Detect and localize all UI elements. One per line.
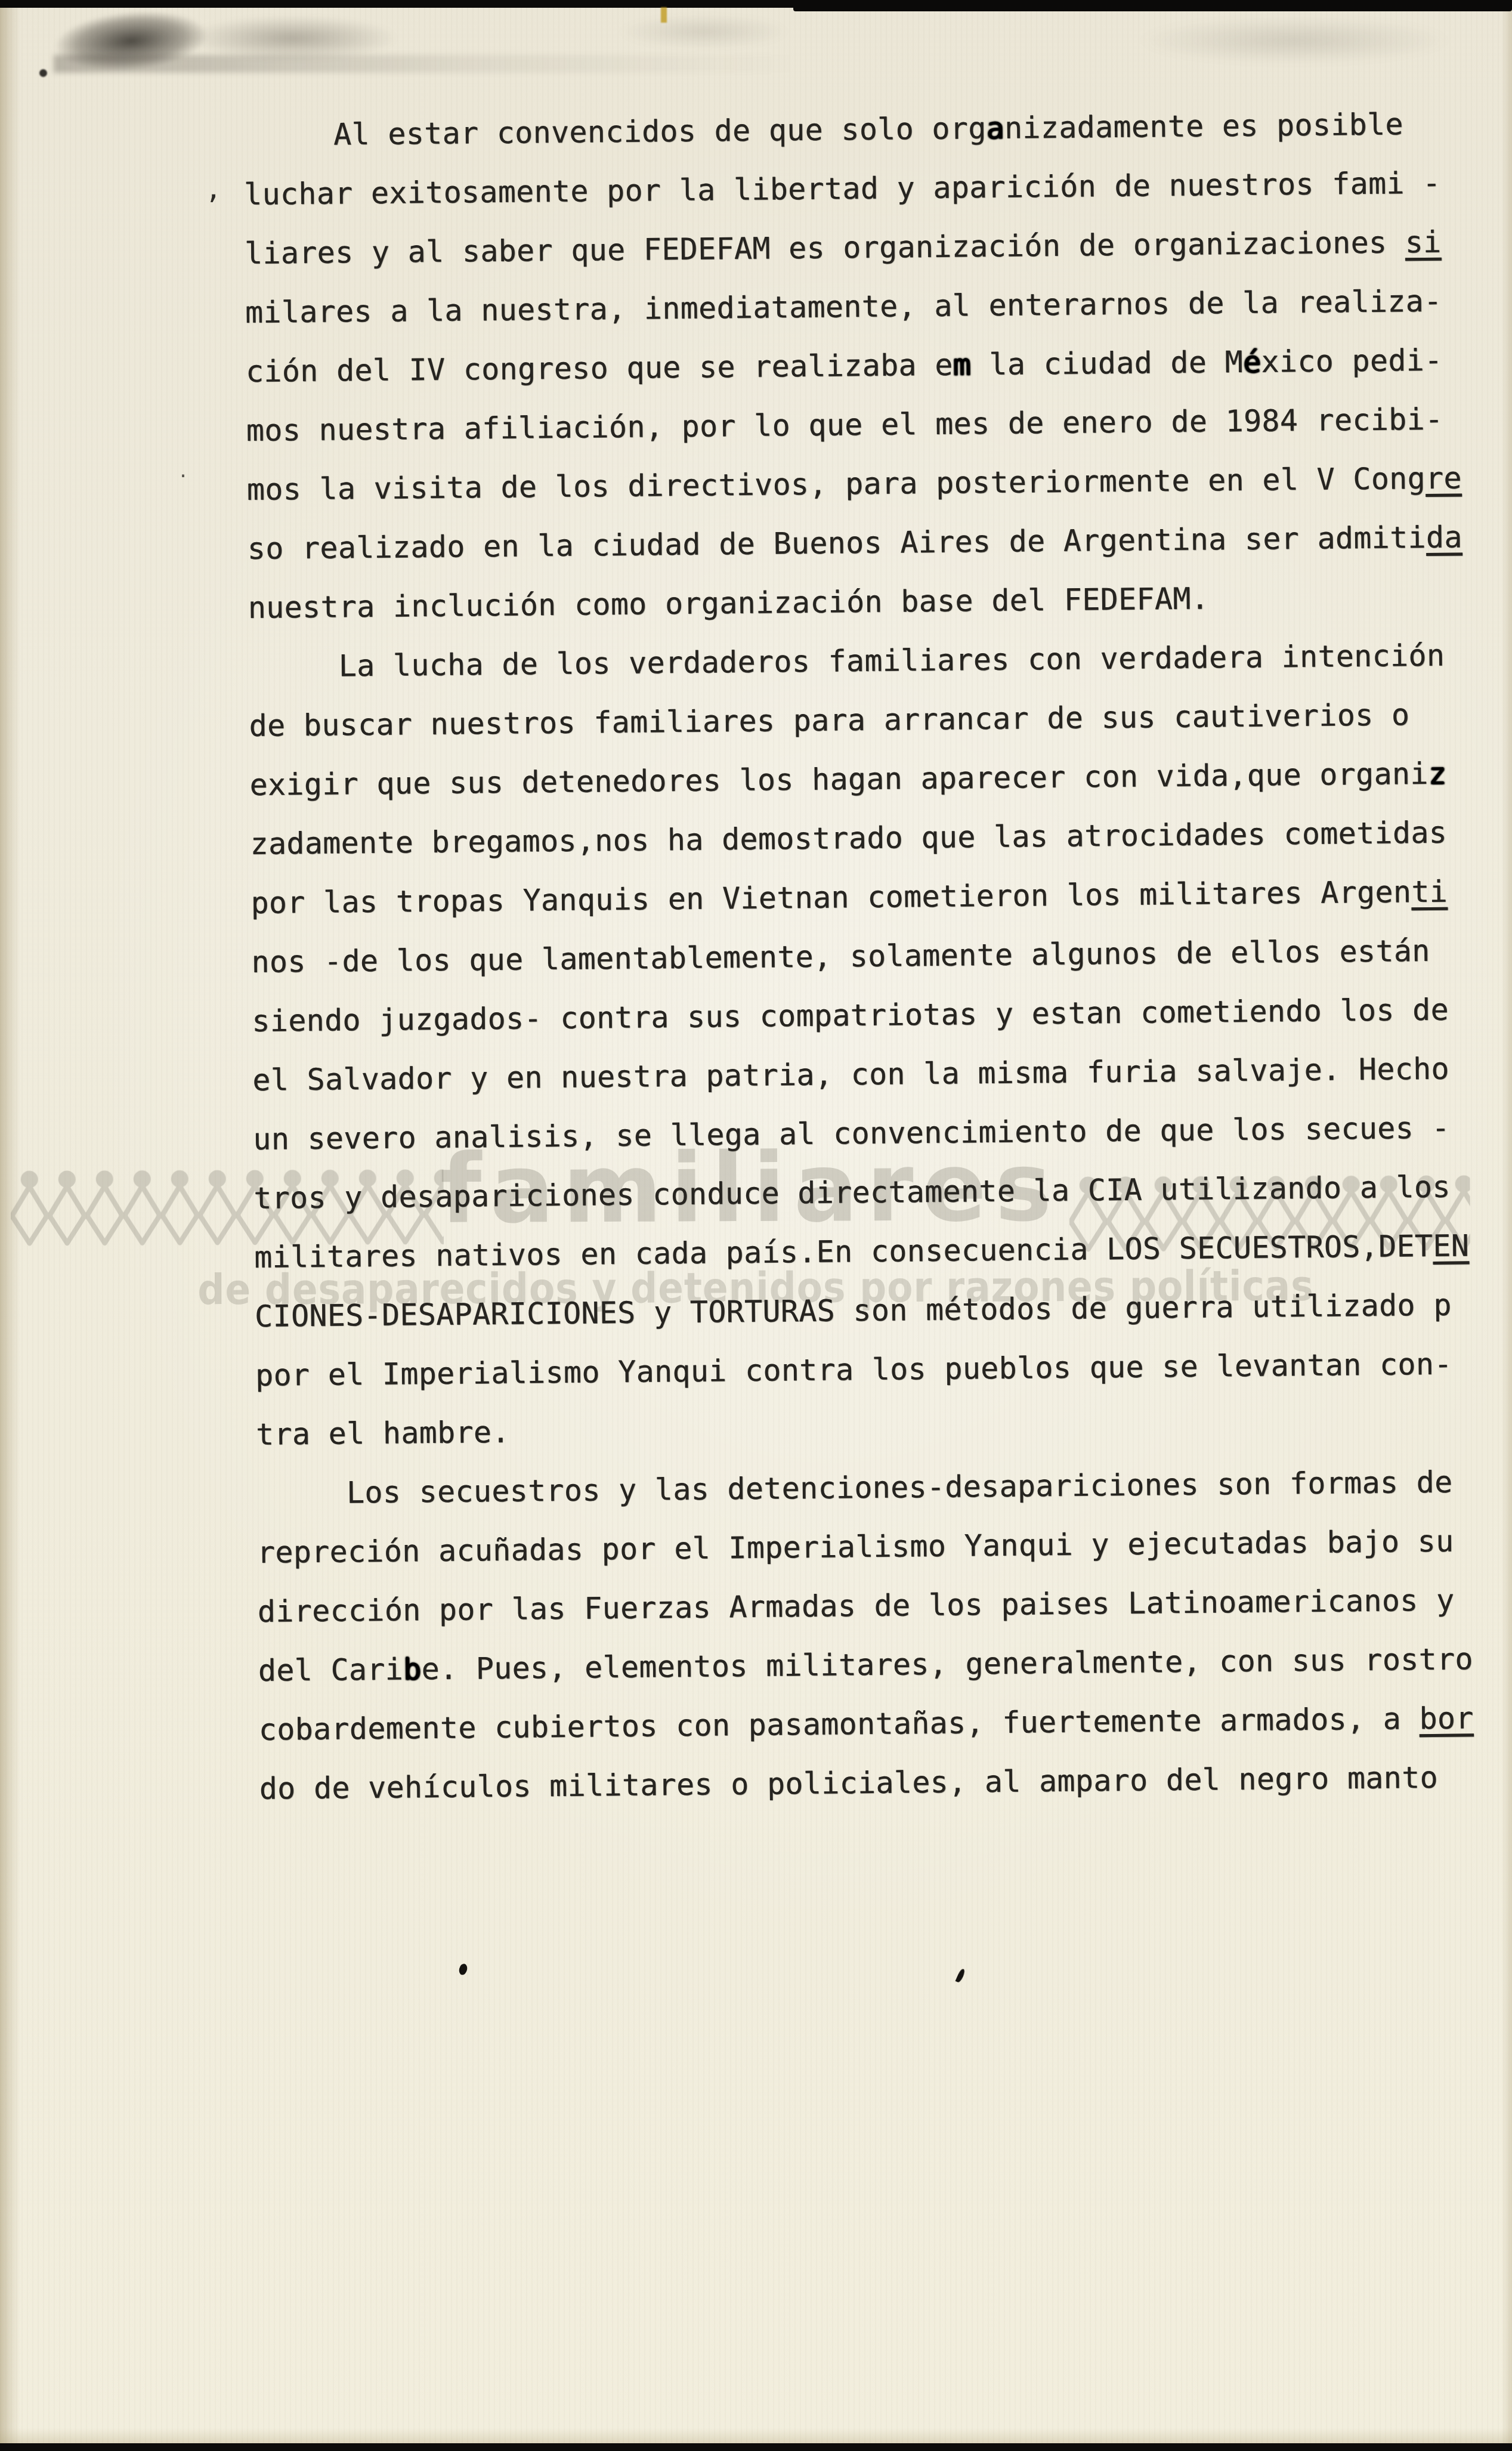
ink-smudge-stain xyxy=(30,0,233,86)
typed-segment: mos la visita de los directivos, para po… xyxy=(247,461,1426,507)
ink-smudge-stain xyxy=(152,8,432,68)
typed-line: milares a la nuestra, inmediatamente, al… xyxy=(245,271,1474,342)
typed-line: zadamente bregamos,nos ha demostrado que… xyxy=(250,803,1479,874)
typed-segment: tra el hambre. xyxy=(256,1415,510,1452)
typed-line: exigir que sus detenedores los hagan apa… xyxy=(249,744,1479,815)
typed-line: so realizado en la ciudad de Buenos Aire… xyxy=(247,508,1476,579)
typed-segment: so realizado en la ciudad de Buenos Aire… xyxy=(248,520,1427,566)
typed-segment: luchar exitosamente por la libertad y ap… xyxy=(244,166,1441,212)
typed-line: tra el hambre. xyxy=(256,1393,1485,1464)
typed-line: cobardemente cubiertos con pasamontañas,… xyxy=(258,1689,1488,1760)
typed-segment: Al estar convencidos de que solo org xyxy=(333,111,987,152)
margin-comma-artifact: , xyxy=(205,175,222,203)
typed-line: do de vehículos militares o policiales, … xyxy=(259,1748,1488,1819)
typed-segment: re xyxy=(1426,460,1462,496)
typed-segment: EN xyxy=(1433,1228,1469,1263)
typed-segment: mos nuestra afiliación, por lo que el me… xyxy=(246,402,1443,448)
typed-segment: zadamente bregamos,nos ha demostrado que… xyxy=(250,815,1447,861)
typed-line: mos nuestra afiliación, por lo que el me… xyxy=(246,390,1475,460)
typed-segment: tros y desapariciones conduce directamen… xyxy=(253,1170,1451,1216)
typed-segment: a xyxy=(986,111,1004,146)
typed-segment: La lucha de los verdaderos familiares co… xyxy=(338,638,1445,684)
typed-segment: nos -de los que lamentablemente, solamen… xyxy=(251,934,1430,979)
margin-dot-artifact: . xyxy=(178,463,188,481)
scan-left-edge-shadow xyxy=(0,0,20,2451)
typed-segment: é xyxy=(1243,345,1261,379)
typed-line: militares nativos en cada país.En consec… xyxy=(254,1216,1483,1287)
typed-line: Al estar convencidos de que solo organiz… xyxy=(243,94,1473,165)
typed-segment: cobardemente cubiertos con pasamontañas,… xyxy=(259,1701,1420,1747)
typed-line: nos -de los que lamentablemente, solamen… xyxy=(251,921,1480,992)
typed-segment: si xyxy=(1405,225,1441,260)
typed-segment: Los secuestros y las detenciones-desapar… xyxy=(347,1465,1453,1510)
scan-top-edge-thick xyxy=(793,0,1512,11)
faint-smudge-stain xyxy=(596,11,811,52)
ink-streak-stain xyxy=(54,55,799,73)
scanned-document-page: familiares de desaparecidos y detenidos … xyxy=(0,0,1512,2451)
typed-segment: dirección por las Fuerzas Armadas de los… xyxy=(258,1583,1455,1629)
typed-line: dirección por las Fuerzas Armadas de los… xyxy=(257,1571,1486,1642)
typed-line: por el Imperialismo Yanqui contra los pu… xyxy=(255,1334,1485,1405)
ink-dot-stain xyxy=(39,69,47,77)
typed-line: La lucha de los verdaderos familiares co… xyxy=(248,626,1477,697)
typed-segment: nuestra inclución como organización base… xyxy=(248,581,1210,625)
typed-segment: ti xyxy=(1411,874,1448,910)
typed-line: ción del IV congreso que se realizaba em… xyxy=(246,330,1475,401)
ink-dot-artifact xyxy=(458,1963,468,1976)
typed-segment: milares a la nuestra, inmediatamente, al… xyxy=(245,284,1442,330)
typed-line: repreción acuñadas por el Imperialismo Y… xyxy=(257,1512,1486,1583)
typed-line: un severo analisis, se llega al convenci… xyxy=(253,1098,1482,1169)
typed-segment: e. Pues, elementos militares, generalmen… xyxy=(421,1642,1473,1686)
typed-segment: z xyxy=(1428,756,1446,791)
typed-segment: del Cari xyxy=(258,1652,404,1688)
typed-segment: liares y al saber que FEDEFAM es organiz… xyxy=(245,225,1405,271)
typed-segment: la ciudad de M xyxy=(971,345,1244,382)
typed-line: CIONES-DESAPARICIONES y TORTURAS son mét… xyxy=(255,1275,1484,1346)
scan-right-edge-shadow xyxy=(1501,0,1512,2451)
typed-line: el Salvador y en nuestra patria, con la … xyxy=(252,1039,1482,1110)
typed-line: luchar exitosamente por la libertad y ap… xyxy=(244,153,1473,224)
typed-line: nuestra inclución como organización base… xyxy=(248,567,1477,638)
typed-segment: CIONES-DESAPARICIONES y TORTURAS son mét… xyxy=(255,1288,1452,1334)
typed-line: siendo juzgados- contra sus compatriotas… xyxy=(252,980,1481,1051)
typed-segment: xico pedi- xyxy=(1261,343,1443,379)
typed-segment: siendo juzgados- contra sus compatriotas… xyxy=(252,993,1449,1038)
typed-line: Los secuestros y las detenciones-desapar… xyxy=(256,1452,1486,1523)
typed-segment: m xyxy=(953,347,971,382)
typed-segment: repreción acuñadas por el Imperialismo Y… xyxy=(257,1524,1454,1570)
yellow-mark-stain xyxy=(661,7,667,23)
faint-smudge-stain xyxy=(1103,12,1485,69)
typed-text: Al estar convencidos de que solo organiz… xyxy=(243,94,1488,1819)
bottom-edge-shadow xyxy=(0,2428,1512,2443)
typed-segment: da xyxy=(1426,520,1462,555)
typed-segment: militares nativos en cada país.En consec… xyxy=(254,1229,1433,1275)
ink-tick-artifact xyxy=(956,1968,966,1983)
typed-segment: nizadamente es posible xyxy=(1004,107,1403,145)
typed-segment: un severo analisis, se llega al convenci… xyxy=(253,1111,1450,1157)
typed-line: tros y desapariciones conduce directamen… xyxy=(253,1157,1483,1228)
typed-segment: por el Imperialismo Yanqui contra los pu… xyxy=(255,1347,1452,1393)
typed-segment: por las tropas Yanquis en Vietnan cometi… xyxy=(251,874,1411,920)
typed-segment: b xyxy=(403,1652,422,1686)
typed-line: mos la visita de los directivos, para po… xyxy=(246,449,1476,520)
typed-line: por las tropas Yanquis en Vietnan cometi… xyxy=(251,862,1480,933)
typed-segment: bor xyxy=(1419,1701,1474,1736)
typed-segment: do de vehículos militares o policiales, … xyxy=(259,1760,1439,1806)
typed-segment: exigir que sus detenedores los hagan apa… xyxy=(249,756,1428,802)
typed-segment: el Salvador y en nuestra patria, con la … xyxy=(252,1052,1449,1098)
typed-segment: ción del IV congreso que se realizaba e xyxy=(246,348,953,389)
typed-segment: de buscar nuestros familiares para arran… xyxy=(249,697,1409,743)
typed-line: de buscar nuestros familiares para arran… xyxy=(249,685,1478,756)
scan-bottom-edge xyxy=(0,2443,1512,2451)
